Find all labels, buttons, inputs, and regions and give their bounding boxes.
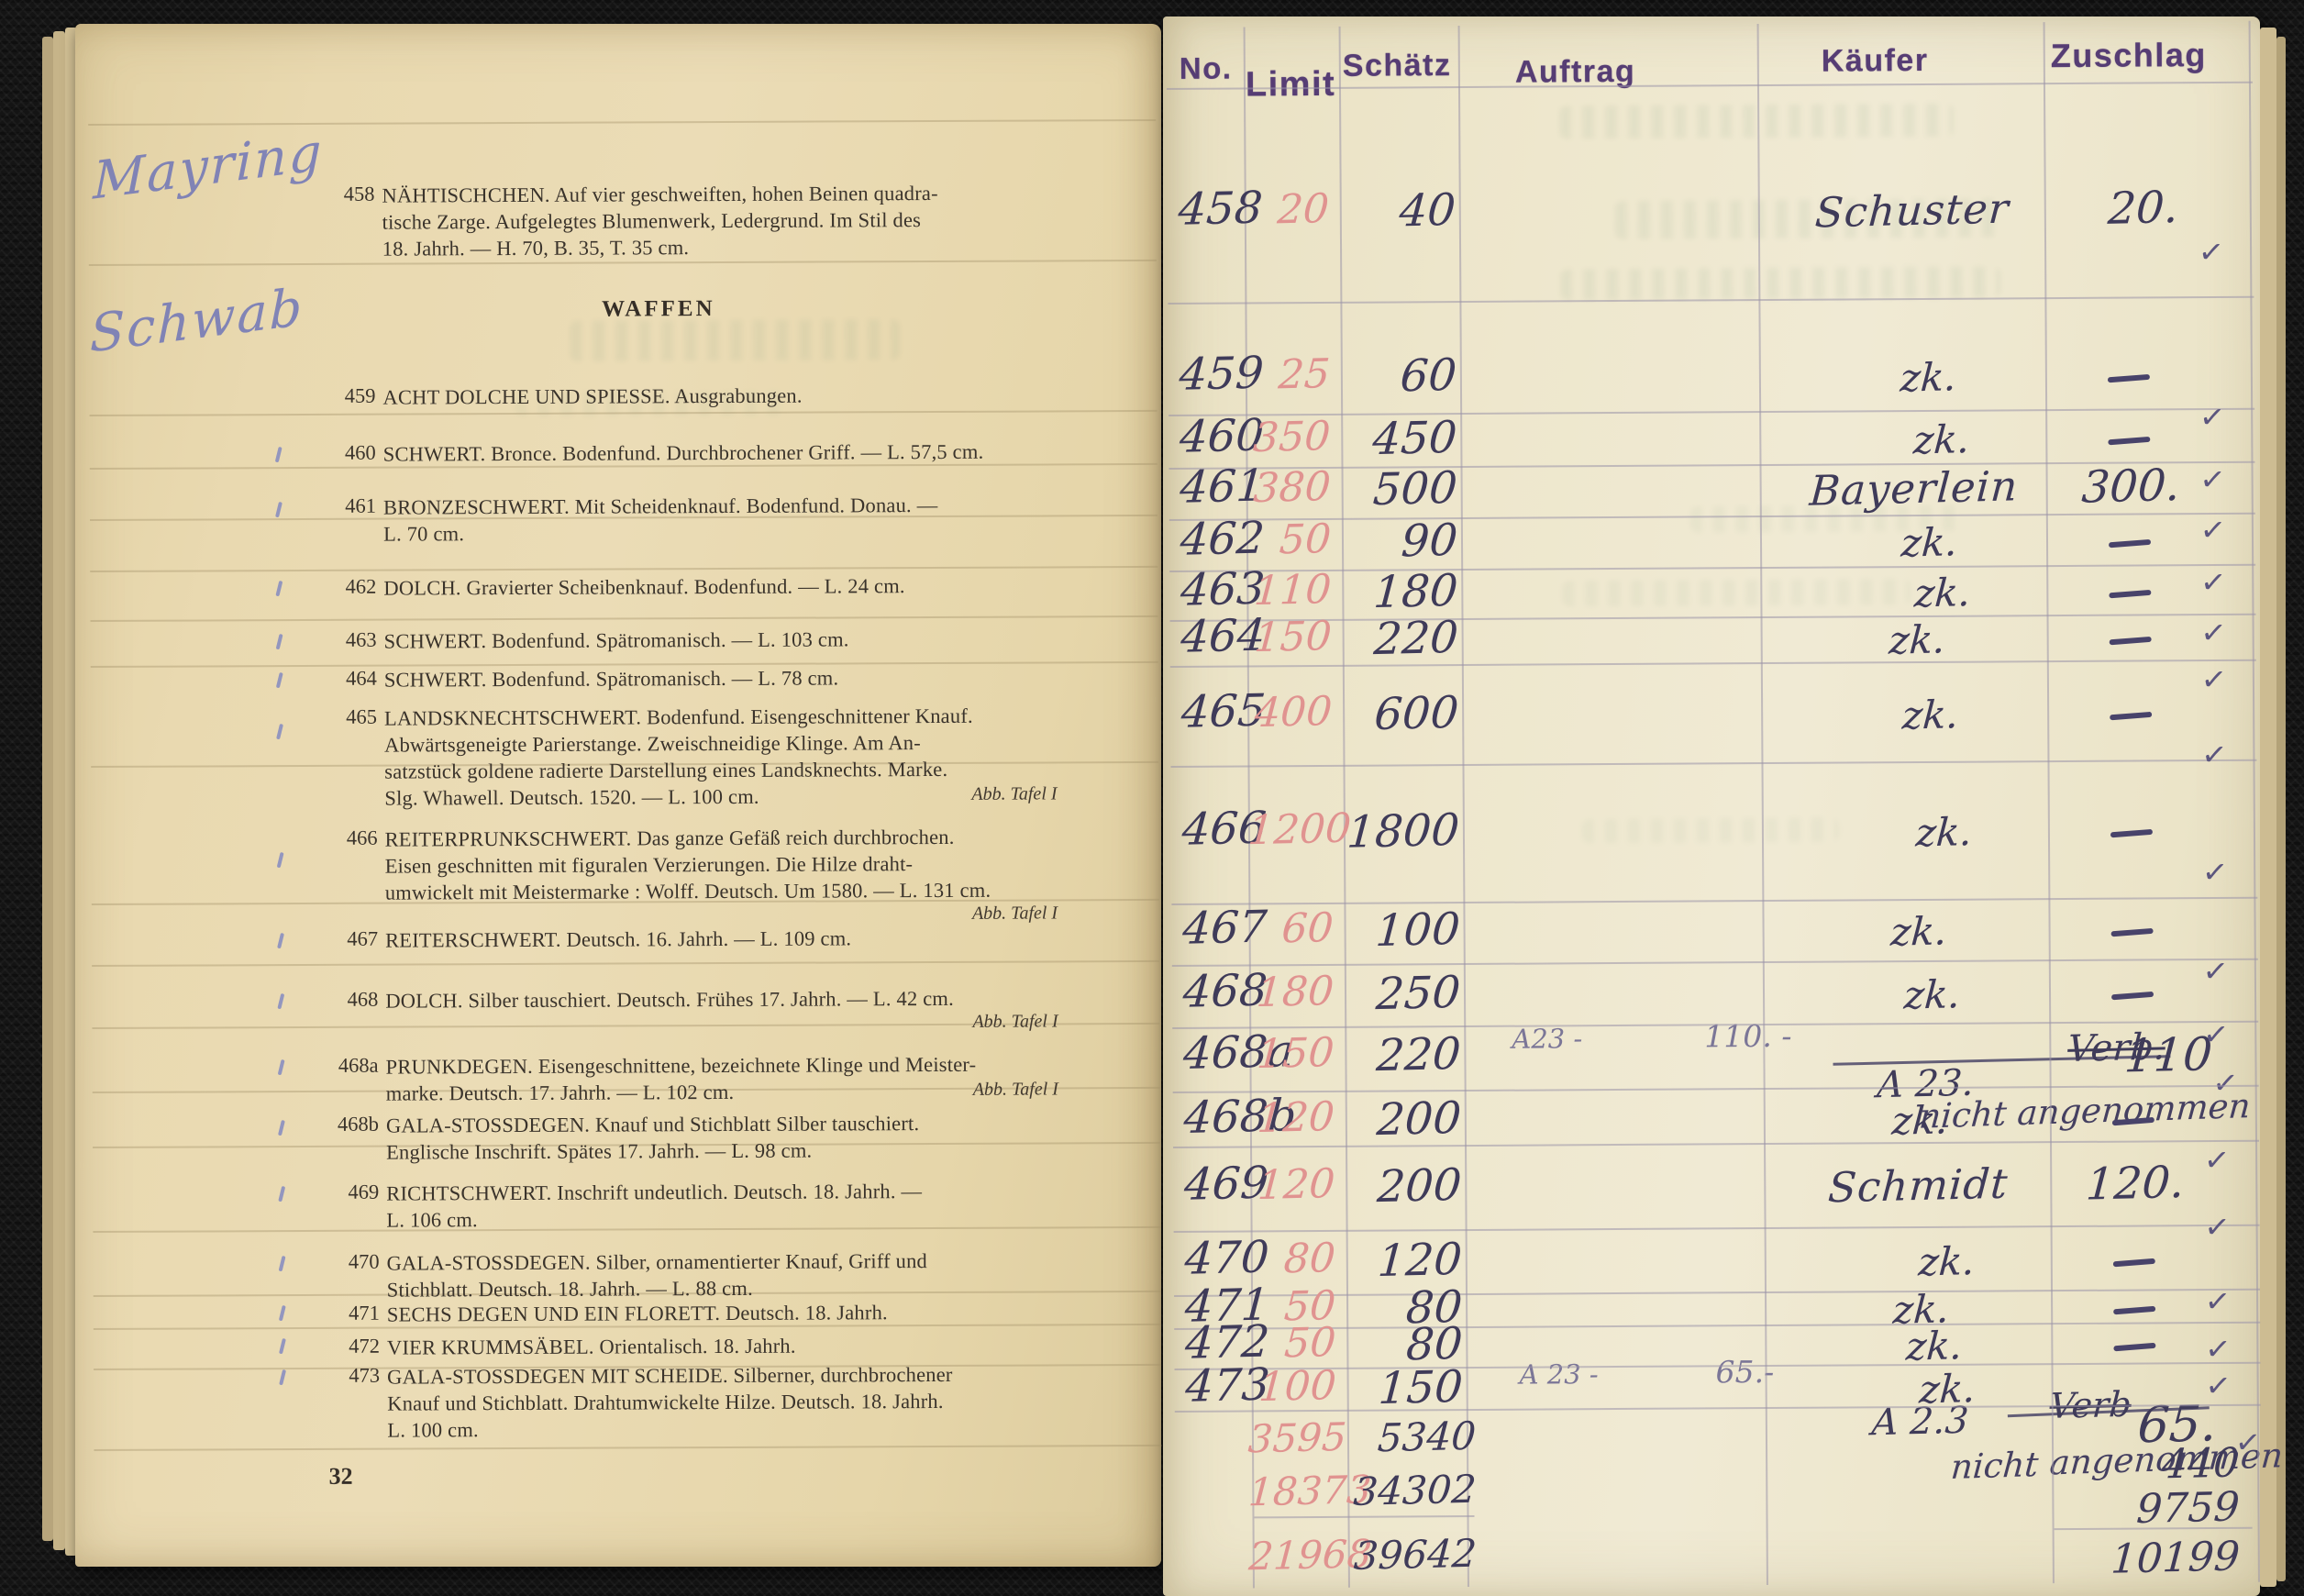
schaetz-total: 39642 [1346,1531,1478,1579]
not-accepted-note: nicht [1949,1445,2039,1487]
ledger-book-scan: Mayring Schwab WAFFEN 32 458NÄHTISCHCHEN… [0,0,2304,1596]
check-mark: ✓ [2204,1330,2232,1369]
check-mark: ✓ [2197,233,2225,272]
check-mark: ✓ [2199,563,2227,602]
zuschlag-dash [2113,1343,2155,1351]
kaeufer-cell: zk. [1888,616,1946,662]
limit-cell: 60 [1247,904,1335,953]
schaetz-cell: 100 [1339,903,1462,958]
kaeufer-cell: Schuster [1782,183,2043,238]
limit-cell: 120 [1249,1160,1336,1209]
schaetz-cell: 220 [1337,612,1460,666]
schaetz-cell: 200 [1340,1092,1463,1147]
limit-cell: 350 [1245,413,1332,461]
ruled-line [1172,959,2258,967]
limit-cell: 1200 [1246,805,1334,854]
kaeufer-cell: zk. [1912,416,1971,462]
ghost-bleedthrough [1560,266,2000,300]
limit-cell: 120 [1248,1093,1335,1142]
ruled-line [1174,1289,2260,1297]
kaeufer-cell: zk. [1918,1366,1977,1412]
schaetz-cell: 180 [1336,565,1459,619]
kaeufer-cell: Schmidt [1788,1158,2048,1214]
schaetz-cell: 120 [1341,1234,1464,1288]
limit-cell: 380 [1245,463,1332,512]
column-header-limit: Limit [1246,65,1336,105]
schaetz-cell: 90 [1336,515,1459,569]
kaeufer-cell: zk. [1914,809,1973,855]
kaeufer-cell: zk. [1902,971,1961,1017]
zuschlag-dash [2110,712,2152,720]
column-header-kaeufer: Käufer [1822,43,1929,80]
zuschlag-cell: 20. [2052,182,2180,236]
zuschlag-dash [2109,539,2151,548]
zuschlag-value: 110 [2123,1027,2214,1082]
limit-cell: 25 [1244,350,1331,399]
zuschlag-total: 440 [2085,1439,2240,1490]
schaetz-cell: 600 [1337,687,1460,741]
ruled-line [1173,1140,2259,1148]
column-header-no: No. [1180,51,1233,86]
kaeufer-cell: zk. [1917,1238,1976,1284]
ghost-bleedthrough [1582,818,1839,844]
check-mark: ✓ [2199,511,2227,549]
ruled-line [1170,659,2256,668]
zuschlag-dash [2108,374,2150,382]
ghost-bleedthrough [1562,579,1911,606]
zuschlag-dash [2109,590,2151,598]
schaetz-cell: 150 [1342,1361,1465,1415]
schaetz-cell: 220 [1340,1028,1463,1082]
column-header-schaetz: Schätz [1343,48,1452,84]
limit-cell: 50 [1245,515,1332,564]
zuschlag-dash [2113,1258,2155,1267]
kaeufer-cell: zk. [1899,354,1957,400]
ledger-page-content: No. Limit Schätz Auftrag Käufer Zuschlag… [0,0,2304,1596]
limit-cell: 20 [1243,185,1330,234]
kaeufer-cell: zk. [1889,908,1948,954]
auftrag-entry: A23 - [1512,1023,1582,1054]
check-mark: ✓ [2199,614,2228,652]
schaetz-total: 5340 [1346,1413,1477,1461]
zuschlag-total: 9759 [2086,1483,2241,1534]
schaetz-cell: 1800 [1338,804,1461,859]
limit-cell: 110 [1246,566,1333,615]
check-mark: ✓ [2203,1282,2232,1321]
limit-cell: 80 [1249,1235,1336,1283]
zuschlag-dash [2113,1306,2155,1314]
column-line [2249,21,2260,1582]
schaetz-cell: 200 [1340,1159,1463,1214]
schaetz-cell: 250 [1339,967,1462,1021]
kaeufer-cell: zk. [1913,570,1972,615]
limit-cell: 400 [1246,688,1333,737]
check-mark: ✓ [2199,660,2228,699]
limit-cell: 100 [1250,1362,1337,1411]
schaetz-total: 34302 [1346,1467,1478,1514]
check-mark: ✓ [2201,1015,2230,1054]
limit-total: 21968 [1247,1532,1342,1579]
check-mark: ✓ [2200,736,2229,774]
limit-cell: 150 [1246,613,1333,661]
schaetz-cell: 450 [1335,412,1458,466]
zuschlag-dash [2108,437,2150,445]
auftrag-entry: A 23 - [1519,1358,1598,1391]
zuschlag-cell: 120. [2057,1157,2186,1211]
kaeufer-cell: zk. [1900,519,1958,565]
limit-cell: 180 [1247,968,1335,1016]
kaeufer-cell: zk. [1890,1097,1949,1143]
limit-total: 3595 [1246,1414,1341,1461]
schaetz-cell: 40 [1335,184,1457,238]
schaetz-cell: 60 [1335,349,1458,404]
schaetz-cell: 500 [1336,462,1459,516]
kaeufer-cell: Bayerlein [1784,461,2044,516]
kaeufer-cell: zk. [1901,692,1960,737]
ruled-line [1170,759,2256,768]
totals-rule [1254,1515,1474,1518]
zuschlag-cell: 300. [2054,460,2182,514]
column-line [2044,22,2055,1583]
zuschlag-dash [2111,992,2154,1000]
zuschlag-dash [2110,637,2152,645]
limit-cell: 150 [1248,1029,1335,1078]
ruled-line [1174,1322,2260,1330]
check-mark: ✓ [2200,853,2229,892]
zuschlag-total: 10199 [2086,1533,2241,1583]
zuschlag-dash [2110,829,2153,837]
check-mark: ✓ [2202,1141,2231,1180]
kaeufer-cell: zk. [1905,1323,1964,1369]
limit-total: 18373 [1247,1468,1342,1514]
check-mark: ✓ [2203,1208,2232,1247]
check-mark: ✓ [2198,398,2226,437]
check-mark: ✓ [2201,952,2230,991]
ruled-line [1174,1225,2260,1233]
check-mark: ✓ [2199,460,2227,499]
column-line [1757,24,1768,1585]
column-header-zuschlag: Zuschlag [2051,36,2207,75]
check-mark: ✓ [2204,1367,2232,1405]
zuschlag-dash [2110,928,2153,937]
